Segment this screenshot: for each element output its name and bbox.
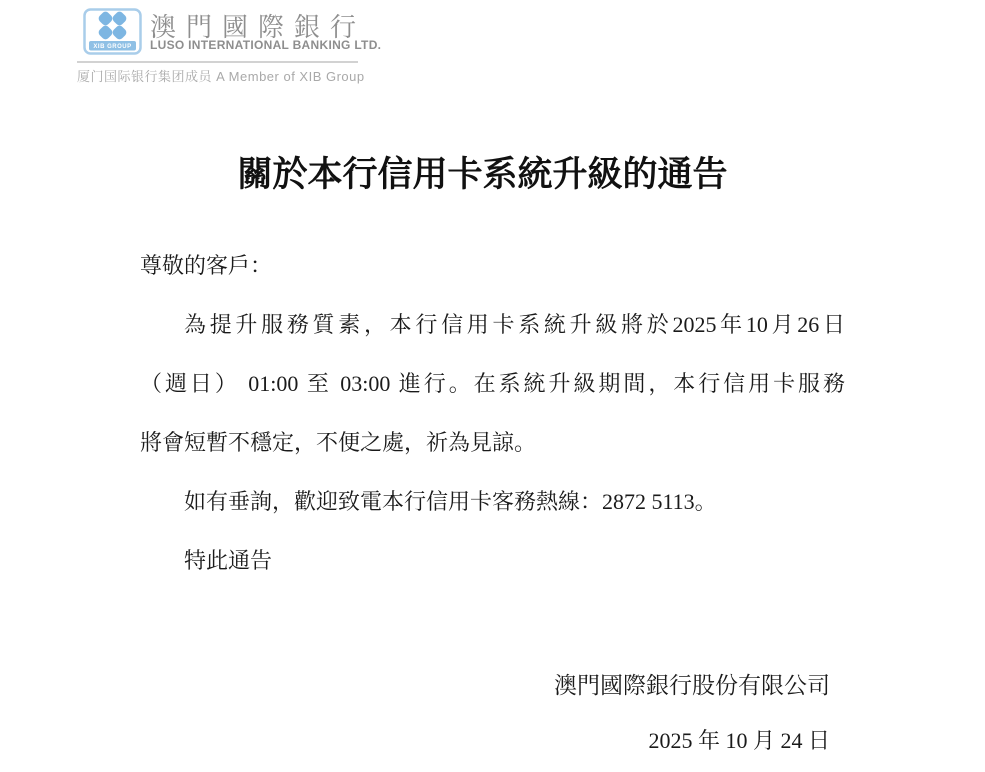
body-line: 為提升服務質素，本行信用卡系統升級將於2025年10月26日 (140, 295, 845, 354)
notice-body: 尊敬的客戶： 為提升服務質素，本行信用卡系統升級將於2025年10月26日 （週… (140, 236, 845, 590)
notice-title: 關於本行信用卡系統升級的通告 (130, 147, 835, 197)
xib-group-label: XIB GROUP (93, 44, 131, 50)
notice-date: 2025 年 10 月 24 日 (648, 724, 830, 755)
clover-icon: XIB GROUP (83, 8, 142, 55)
bank-name-english: LUSO INTERNATIONAL BANKING LTD. (150, 38, 381, 52)
xib-logo: XIB GROUP (83, 8, 142, 55)
body-line: 將會短暫不穩定，不便之處，祈為見諒。 (140, 413, 845, 472)
notice-page: XIB GROUP 澳門國際銀行 LUSO INTERNATIONAL BANK… (0, 0, 985, 772)
body-line: （週日） 01:00 至 03:00 進行。在系統升級期間，本行信用卡服務 (140, 354, 845, 413)
closing-line: 特此通告 (140, 531, 845, 590)
hotline-line: 如有垂詢，歡迎致電本行信用卡客務熱線：2872 5113。 (140, 472, 845, 531)
salutation-line: 尊敬的客戶： (140, 236, 845, 295)
group-member-line: 厦门国际银行集团成员 A Member of XIB Group (77, 66, 365, 85)
company-signature: 澳門國際銀行股份有限公司 (554, 667, 830, 700)
header-divider (77, 61, 358, 63)
